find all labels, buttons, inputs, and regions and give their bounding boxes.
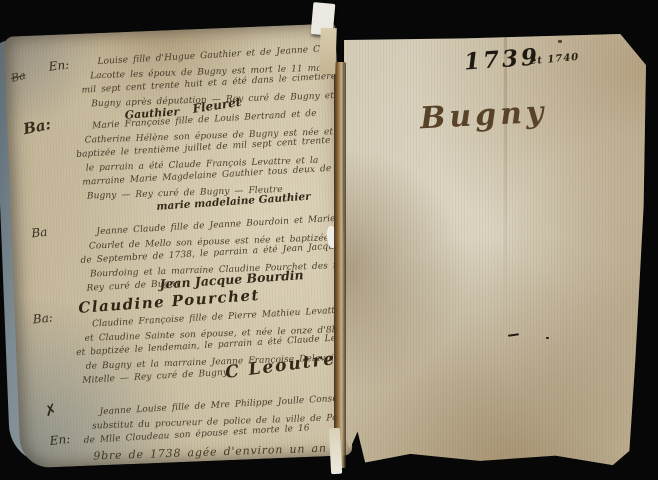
village-title-inscription: Bugny — [419, 95, 548, 137]
binding-strip-top — [319, 28, 337, 75]
margin-annotation: Ba — [31, 225, 48, 241]
left-page: Ba En: Louise fille d'Hugue Gauthier et … — [3, 24, 352, 469]
register-entry: Marie Françoise fille de Louis Bertrand … — [77, 109, 353, 204]
corner-scribble: Ba — [10, 69, 27, 85]
margin-annotation: En: — [48, 58, 70, 74]
margin-annotation: Ba: — [32, 310, 53, 326]
scanned-register-spread: Ba En: Louise fille d'Hugue Gauthier et … — [0, 0, 658, 480]
binding-guard — [334, 62, 346, 468]
binding-tape-bottom — [329, 428, 342, 475]
register-entry: Claudine Françoise fille de Pierre Mathi… — [77, 305, 353, 388]
page-crease — [504, 34, 507, 336]
margin-annotation: ✗ — [42, 400, 59, 421]
ink-speck — [546, 337, 549, 339]
ink-speck — [558, 40, 562, 43]
margin-annotation: Ba: — [22, 115, 53, 138]
margin-annotation: En: — [49, 432, 71, 448]
right-page: 1739 et 1740 Bugny — [344, 34, 646, 466]
ink-speck — [508, 333, 519, 337]
register-entry: Jeanne Louise fille de Mre Philippe Joul… — [84, 393, 352, 464]
